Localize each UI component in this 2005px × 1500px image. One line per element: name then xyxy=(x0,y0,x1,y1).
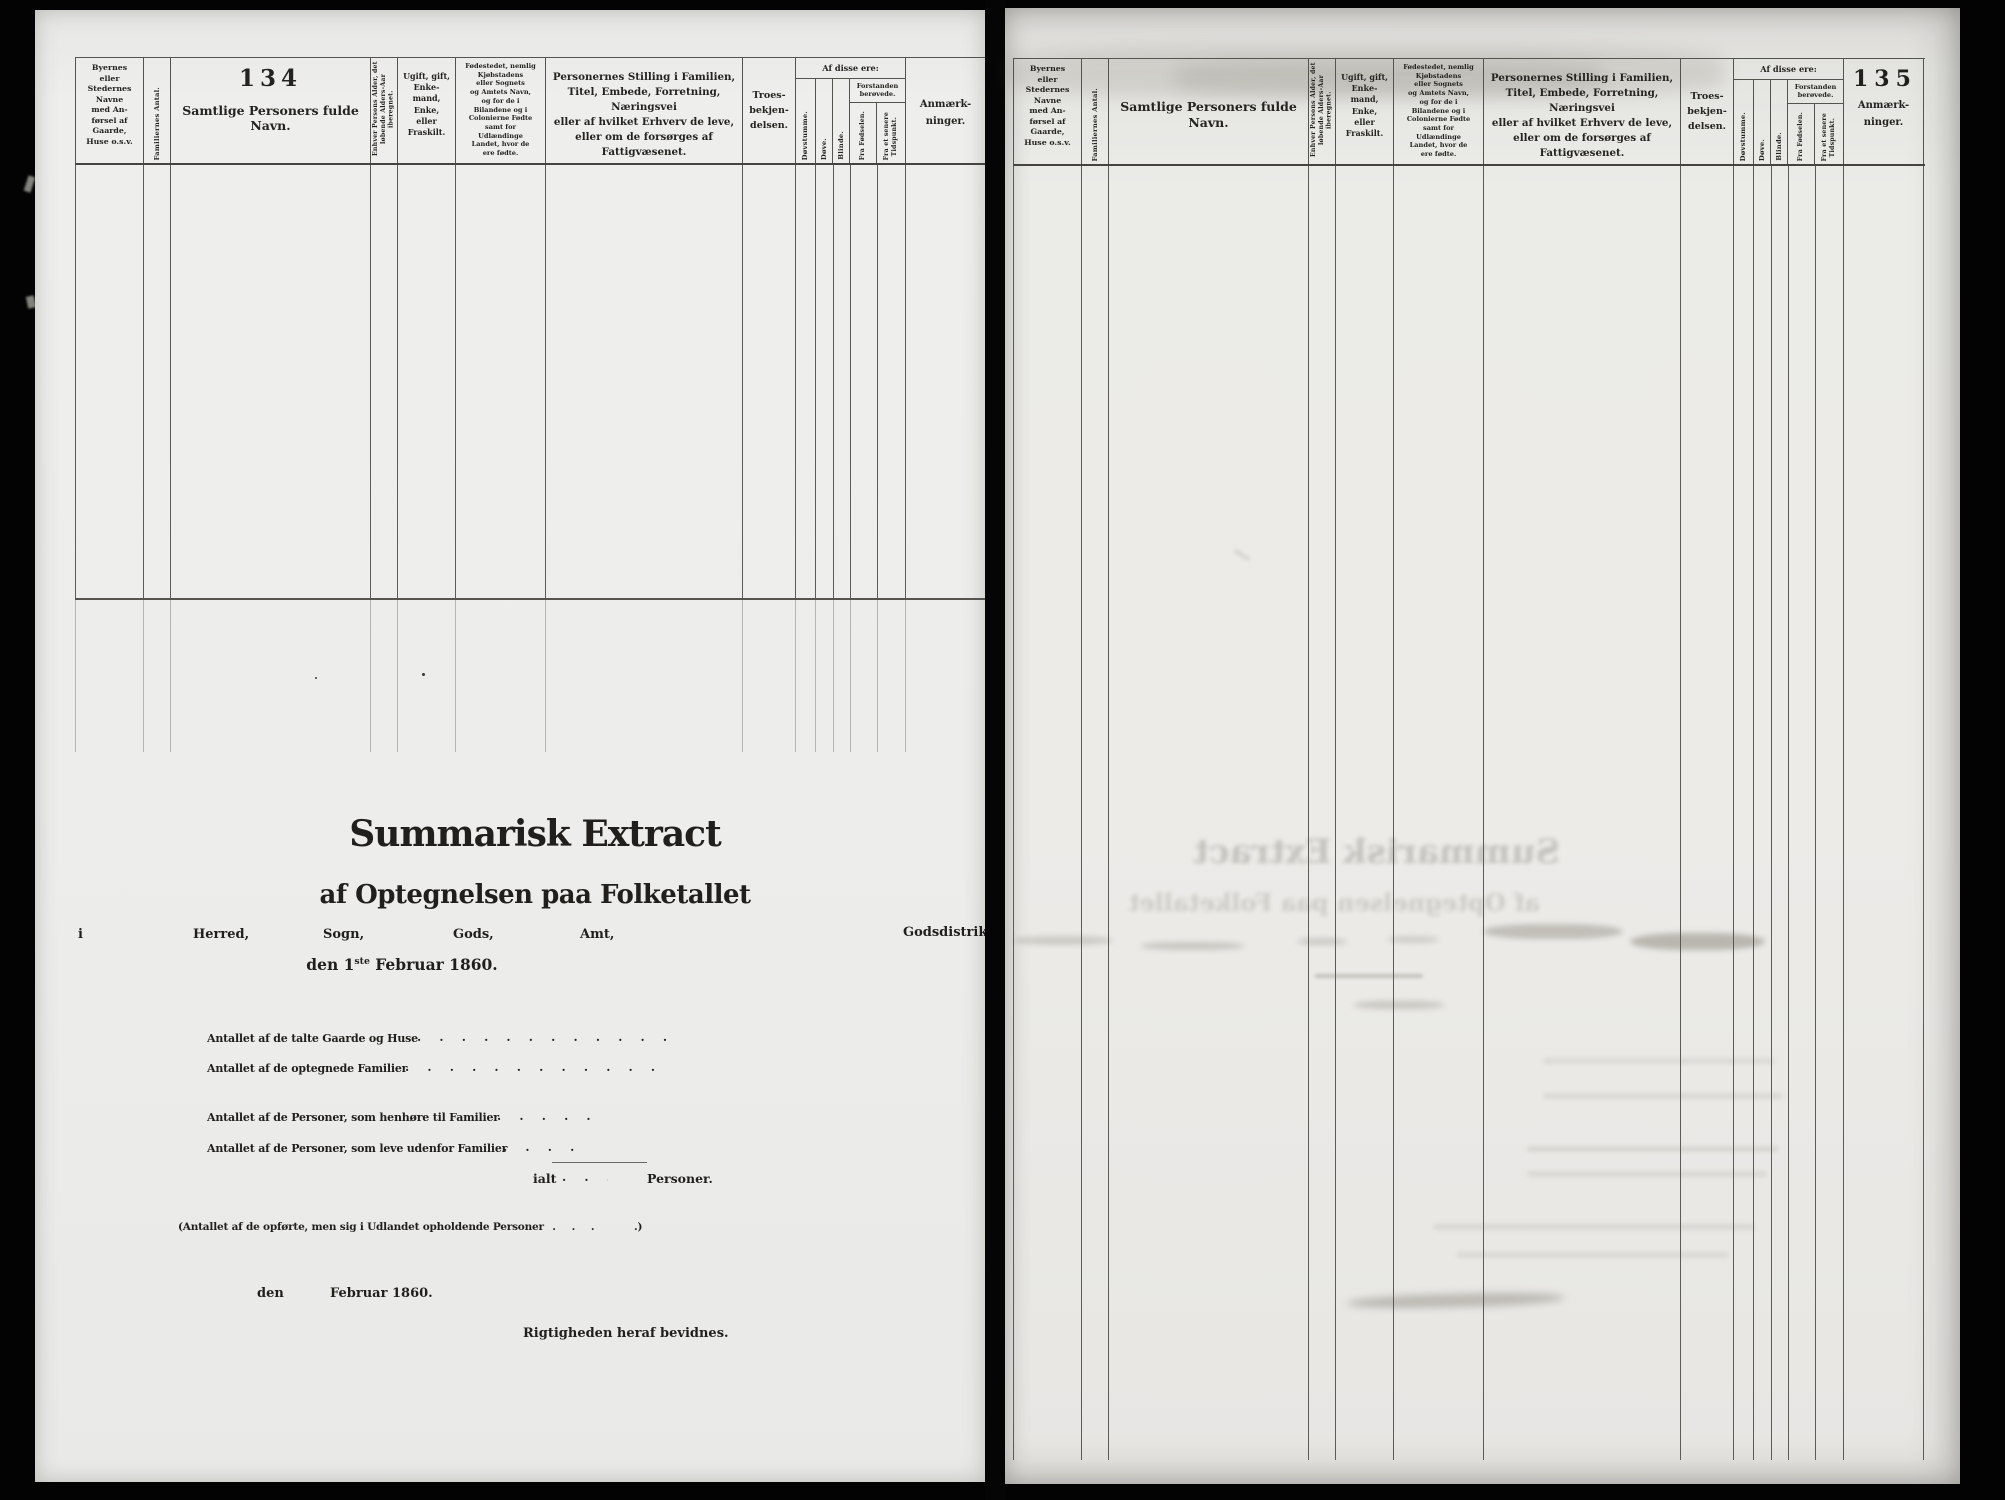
col-header-fulde-navn: Samtlige Personers fulde Navn. xyxy=(1109,59,1309,164)
col-header-troesbekjendelse: Troes- bekjen- delsen. xyxy=(743,58,796,163)
abroad-label: (Antallet af de opførte, men sig i Udlan… xyxy=(178,1221,544,1233)
rotated-label: Døvstumme. xyxy=(801,111,809,160)
rotated-label: Blinde. xyxy=(1775,132,1783,161)
signature-den-label: den xyxy=(257,1286,284,1301)
count-line-familier-label: Antallet af de optegnede Familier xyxy=(207,1062,407,1075)
summary-subtitle: af Optegnelsen paa Folketallet xyxy=(85,880,985,910)
bleedthrough-smudge xyxy=(1013,936,1113,945)
bleedthrough-subtitle: af Optegnelsen paa Folketallet xyxy=(1180,888,1540,917)
col-header-blinde: Blinde. xyxy=(833,79,850,163)
rotated-label: Døve. xyxy=(1758,139,1766,161)
col-header-alder: Enhver Persons Alder, det løbende Alders… xyxy=(371,58,398,163)
archive-scan-background: Byernes eller Stedernes Navne med An- fø… xyxy=(0,0,2005,1500)
bleedthrough-smudge xyxy=(1353,1001,1445,1009)
signature-date-label: Februar 1860. xyxy=(330,1286,433,1301)
col-header-familiernes-antal: Familiernes Antal. xyxy=(144,58,171,163)
location-field-gods: Gods, xyxy=(453,927,494,942)
census-table-header-right: Byernes eller Stedernes Navne med An- fø… xyxy=(1013,58,1925,166)
col-header-anmaerkninger: Anmærk- ninger. xyxy=(906,58,986,163)
col-header-fra-fodselen: Fra Fødselen. xyxy=(1788,104,1815,164)
summary-title: Summarisk Extract xyxy=(85,813,985,855)
af-disse-ere-label: Af disse ere: xyxy=(796,58,905,79)
col-header-dove: Døve. xyxy=(816,79,834,163)
col-header-fra-fodselen: Fra Fødselen. xyxy=(850,103,877,163)
date-ordinal: ste xyxy=(354,956,369,967)
col-header-fodested: Fødestedet, nemlig Kjøbstadens eller Sog… xyxy=(456,58,546,163)
count-line-personer-familier-label: Antallet af de Personer, som henhøre til… xyxy=(207,1111,499,1124)
date-prefix: den 1 xyxy=(306,955,354,974)
rotated-label: Fra et senere Tidspunkt. xyxy=(1821,113,1837,161)
col-header-civilstand: Ugift, gift, Enke- mand, Enke, eller Fra… xyxy=(1336,59,1394,164)
bleedthrough-smudge xyxy=(1297,938,1347,945)
rotated-label: Døvstumme. xyxy=(1739,112,1747,161)
total-ialt-label: ialt xyxy=(533,1171,556,1186)
table-body-right xyxy=(1013,166,1924,1460)
col-group-forstanden-berovede: Forstanden berøvede. Fra Fødselen. Fra e… xyxy=(1788,80,1843,164)
page-gutter xyxy=(985,0,1005,1500)
bleedthrough-smudge xyxy=(1140,942,1245,950)
bleedthrough-line xyxy=(1457,1252,1729,1258)
col-header-dove: Døve. xyxy=(1754,80,1772,164)
col-group-af-disse-ere: Af disse ere: Døvstumme. Døve. Blinde. F… xyxy=(1734,59,1844,164)
margin-mark-top xyxy=(24,175,36,192)
col-header-stilling: Personernes Stilling i Familien, Titel, … xyxy=(1484,59,1681,164)
table-body-faint-continuation xyxy=(75,600,986,752)
bleedthrough-underline xyxy=(1315,974,1423,978)
ink-speck xyxy=(315,677,317,679)
total-sum-rule xyxy=(552,1162,647,1163)
abroad-close-paren: .) xyxy=(634,1221,642,1233)
rotated-label: Døve. xyxy=(820,138,828,160)
rotated-label: Enhver Persons Alder, det løbende Alders… xyxy=(372,58,395,160)
col-header-fra-senere: Fra et senere Tidspunkt. xyxy=(1815,104,1843,164)
forstanden-berovede-label: Forstanden berøvede. xyxy=(850,79,905,103)
dotted-leader: . . . . . . . . . . . . . . xyxy=(497,1109,601,1123)
dotted-leader: . . . . xyxy=(562,1170,608,1184)
fulde-navn-label: Samtlige Personers fulde Navn. xyxy=(1109,99,1308,130)
col-header-stilling: Personernes Stilling i Familien, Titel, … xyxy=(546,58,743,163)
col-header-civilstand: Ugift, gift, Enke- mand, Enke, eller Fra… xyxy=(398,58,456,163)
location-field-godsdistrikt: Godsdistrikt xyxy=(903,925,993,940)
rotated-label: Familiernes Antal. xyxy=(153,87,161,160)
location-field-sogn: Sogn, xyxy=(323,927,364,942)
bleedthrough-line xyxy=(1527,1146,1779,1152)
bleedthrough-handwriting xyxy=(1483,924,1623,939)
rotated-label: Blinde. xyxy=(837,131,845,160)
dotted-leader: . . . . . . . . . . . . . . . . . . . . … xyxy=(405,1060,669,1074)
af-disse-ere-label: Af disse ere: xyxy=(1734,59,1843,80)
bleedthrough-smudge xyxy=(1387,936,1439,943)
col-header-dovstumme: Døvstumme. xyxy=(796,79,816,163)
rotated-label: Fra et senere Tidspunkt. xyxy=(883,112,899,160)
rotated-label: Enhver Persons Alder, det løbende Alders… xyxy=(1310,59,1333,161)
total-personer-label: Personer. xyxy=(647,1171,713,1186)
col-header-blinde: Blinde. xyxy=(1771,80,1788,164)
fulde-navn-label: Samtlige Personers fulde Navn. xyxy=(171,103,370,134)
page-number-left: 134 xyxy=(239,65,302,94)
census-table-header-left: Byernes eller Stedernes Navne med An- fø… xyxy=(75,57,987,165)
rotated-label: Fra Fødselen. xyxy=(1797,112,1805,161)
col-header-troesbekjendelse: Troes- bekjen- delsen. xyxy=(1681,59,1734,164)
dotted-leader: . . . xyxy=(552,1221,600,1233)
bleedthrough-title: Summarisk Extract xyxy=(1240,832,1560,872)
bleedthrough-line xyxy=(1543,1058,1775,1064)
table-body-left xyxy=(75,165,986,598)
attestation-label: Rigtigheden heraf bevidnes. xyxy=(523,1326,729,1341)
location-field-herred: Herred, xyxy=(193,927,249,942)
dotted-leader: . . . . . . . . . . . . . . . . . . . . … xyxy=(417,1030,667,1044)
ink-speck xyxy=(422,673,425,676)
bleedthrough-line xyxy=(1543,1093,1783,1099)
count-line-gaarde-label: Antallet af de talte Gaarde og Huse xyxy=(207,1032,418,1045)
left-page: Byernes eller Stedernes Navne med An- fø… xyxy=(35,10,985,1482)
dotted-leader: . . . . . . . . . . . . . . xyxy=(503,1140,577,1154)
bleedthrough-handwriting xyxy=(1630,933,1765,950)
rotated-label: Fra Fødselen. xyxy=(859,111,867,160)
abroad-line: (Antallet af de opførte, men sig i Udlan… xyxy=(178,1221,642,1233)
col-header-dovstumme: Døvstumme. xyxy=(1734,80,1754,164)
col-header-alder: Enhver Persons Alder, det løbende Alders… xyxy=(1309,59,1336,164)
bleedthrough-line xyxy=(1527,1171,1767,1177)
col-header-place-names: Byernes eller Stedernes Navne med An- fø… xyxy=(1014,59,1082,164)
col-group-af-disse-ere: Af disse ere: Døvstumme. Døve. Blinde. F… xyxy=(796,58,906,163)
col-header-anmaerkninger: Anmærk- ninger. xyxy=(1844,59,1924,164)
col-header-fra-senere: Fra et senere Tidspunkt. xyxy=(877,103,905,163)
col-group-forstanden-berovede: Forstanden berøvede. Fra Fødselen. Fra e… xyxy=(850,79,905,163)
location-prefix: i xyxy=(78,927,83,942)
col-header-fodested: Fødestedet, nemlig Kjøbstadens eller Sog… xyxy=(1394,59,1484,164)
count-line-personer-udenfor-label: Antallet af de Personer, som leve udenfo… xyxy=(207,1142,507,1155)
right-page: 135 Byernes eller Stedernes Navne med An… xyxy=(1005,8,1960,1484)
census-date-line: den 1ste Februar 1860. xyxy=(297,955,507,974)
date-suffix: Februar 1860. xyxy=(370,955,498,974)
bleedthrough-line xyxy=(1433,1224,1755,1230)
col-header-familiernes-antal: Familiernes Antal. xyxy=(1082,59,1109,164)
rotated-label: Familiernes Antal. xyxy=(1091,88,1099,161)
col-header-fulde-navn: 134 Samtlige Personers fulde Navn. xyxy=(171,58,371,163)
forstanden-berovede-label: Forstanden berøvede. xyxy=(1788,80,1843,104)
col-header-place-names: Byernes eller Stedernes Navne med An- fø… xyxy=(76,58,144,163)
location-field-amt: Amt, xyxy=(580,927,614,942)
